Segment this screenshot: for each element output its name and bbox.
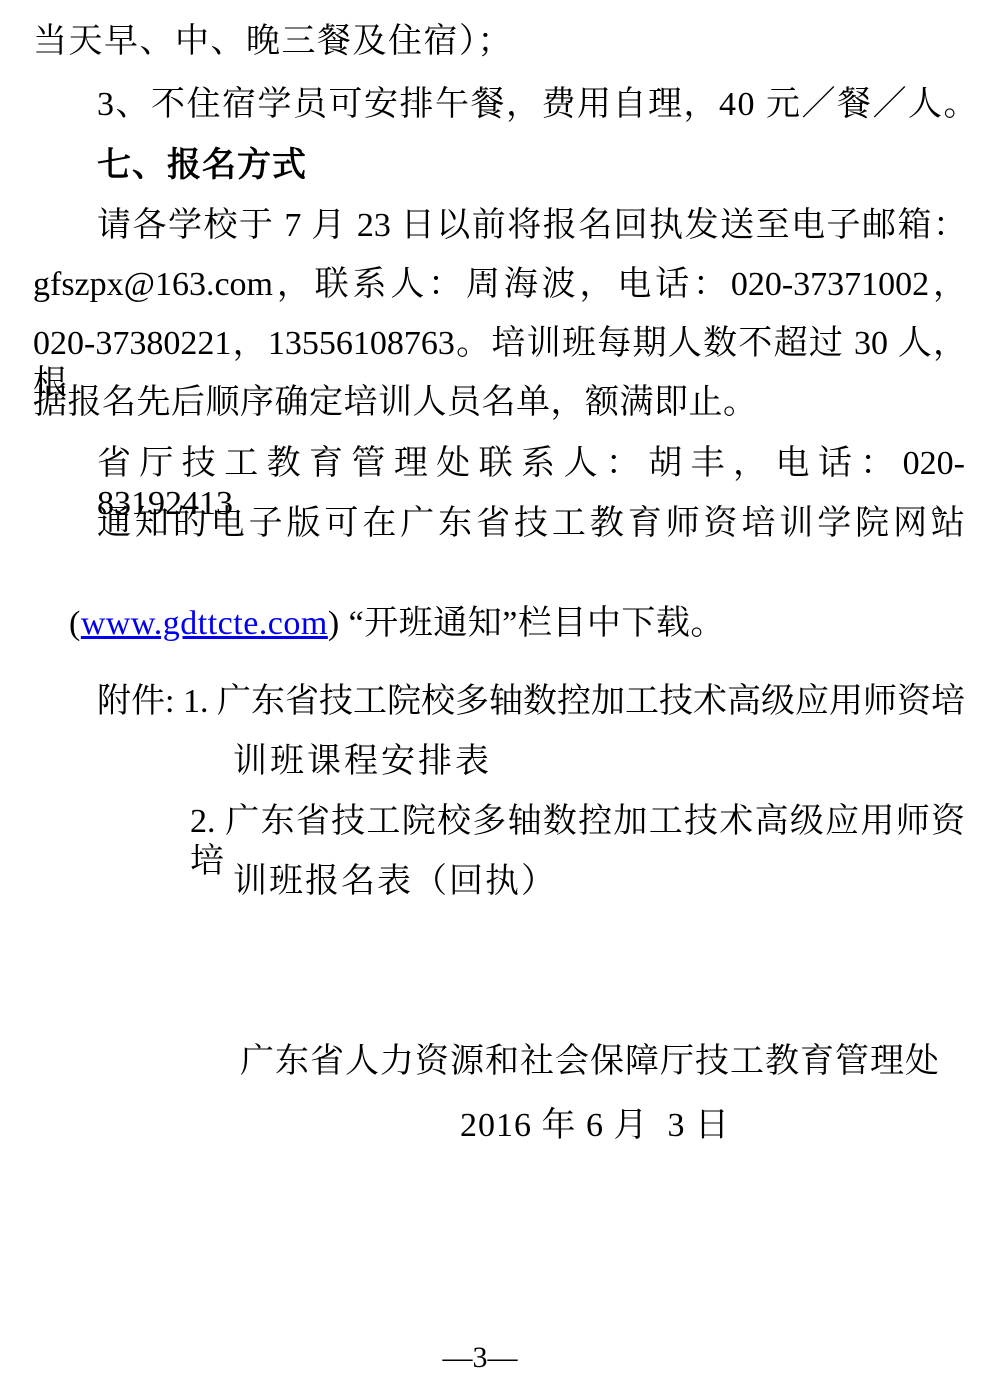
website-link[interactable]: www.gdttcte.com [81,605,328,642]
signature-org: 广东省人力资源和社会保障厅技工教育管理处 [240,1042,940,1082]
attachment1-line2: 训班课程安排表 [233,742,492,782]
register-para-line1: 请各学校于 7 月 23 日以前将报名回执发送至电子邮箱： [97,206,967,246]
register-para-line4: 据报名先后顺序确定培训人员名单，额满即止。 [33,383,758,423]
attachment1-line1: 附件: 1. 广东省技工院校多轴数控加工技术高级应用师资培 [97,682,965,722]
signature-date: 2016 年 6 月 3 日 [460,1106,730,1146]
lodging-tail-line: 当天早、中、晚三餐及住宿）； [33,22,513,62]
item3-line: 3、不住宿学员可安排午餐，费用自理，40 元／餐／人。 [97,85,979,125]
page-number: —3— [0,1340,960,1375]
website-link-prefix: ( [69,605,81,642]
website-link-suffix: ) “开班通知”栏目中下载。 [328,605,725,642]
website-para-line1: 通知的电子版可在广东省技工教育师资培训学院网站 [97,504,965,544]
register-para-line2: gfszpx@163.com，联系人：周海波，电话：020-37371002， [33,265,967,305]
attachment2-line2: 训班报名表（回执） [233,862,557,902]
website-para-line2: (www.gdttcte.com) “开班通知”栏目中下载。 [33,564,725,684]
document-page: 当天早、中、晚三餐及住宿）； 3、不住宿学员可安排午餐，费用自理，40 元／餐／… [0,0,1000,1375]
section7-heading: 七、报名方式 [97,145,307,185]
